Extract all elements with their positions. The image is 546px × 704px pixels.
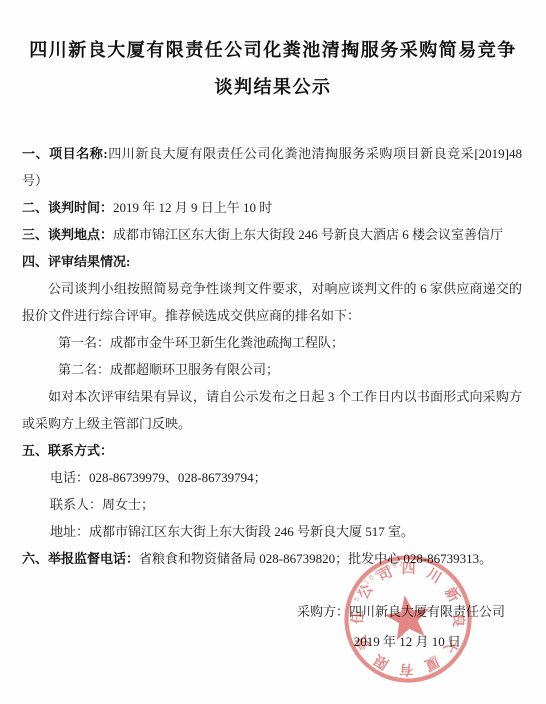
result-paragraph-2: 如对本次评审结果有异议，请自公示发布之日起 3 个工作日内以书面形式向采购方或采… xyxy=(22,383,522,437)
section-time-text: 2019 年 12 月 9 日上午 10 时 xyxy=(113,200,272,215)
contact-person: 联系人：周女士； xyxy=(22,491,522,518)
title-line-1: 四川新良大厦有限责任公司化粪池清掏服务采购简易竞争 xyxy=(0,32,546,69)
document-body: 一、项目名称:四川新良大厦有限责任公司化粪池清掏服务采购项目新良竞采[2019]… xyxy=(0,118,546,572)
result-rank-1: 第一名：成都市金牛环卫新生化粪池疏掏工程队； xyxy=(22,329,522,356)
section-contact-heading: 五、联系方式： xyxy=(22,437,522,464)
signoff-date: 2019 年 12 月 10 日 xyxy=(0,628,546,655)
title-line-2: 谈判结果公示 xyxy=(0,69,546,106)
result-rank-2: 第二名：成都超顺环卫服务有限公司； xyxy=(22,356,522,383)
section-negotiation-place: 三、谈判地点：成都市锦江区东大街上东大街段 246 号新良大酒店 6 楼会议室善… xyxy=(22,221,522,248)
section-report-text: 省粮食和物资储备局 028-86739820；批发中心 028-86739313… xyxy=(139,551,492,566)
section-report-label: 六、举报监督电话： xyxy=(22,551,139,566)
section-project-label: 一、项目名称: xyxy=(22,146,108,161)
contact-address: 地址：成都市锦江区东大街上东大街段 246 号新良大厦 517 室。 xyxy=(22,518,522,545)
section-project-name: 一、项目名称:四川新良大厦有限责任公司化粪池清掏服务采购项目新良竞采[2019]… xyxy=(22,140,522,194)
section-contact-label: 五、联系方式： xyxy=(22,443,113,458)
section-place-text: 成都市锦江区东大街上东大街段 246 号新良大酒店 6 楼会议室善信厅 xyxy=(113,227,503,242)
section-time-label: 二、谈判时间： xyxy=(22,200,113,215)
result-paragraph-1: 公司谈判小组按照简易竞争性谈判文件要求，对响应谈判文件的 6 家供应商递交的报价… xyxy=(22,275,522,329)
section-place-label: 三、谈判地点： xyxy=(22,227,113,242)
document-page: 四川新良大厦有限责任公司化粪池清掏服务采购简易竞争 谈判结果公示 一、项目名称:… xyxy=(0,0,546,704)
page-title: 四川新良大厦有限责任公司化粪池清掏服务采购简易竞争 谈判结果公示 xyxy=(0,12,546,106)
purchaser-line: 采购方：四川新良大厦有限责任公司 xyxy=(0,598,546,625)
signoff-block: 采购方：四川新良大厦有限责任公司 2019 年 12 月 10 日 xyxy=(0,598,546,655)
section-report-hotline: 六、举报监督电话：省粮食和物资储备局 028-86739820；批发中心 028… xyxy=(22,545,522,572)
contact-phone: 电话：028-86739979、028-86739794； xyxy=(22,464,522,491)
section-negotiation-time: 二、谈判时间：2019 年 12 月 9 日上午 10 时 xyxy=(22,194,522,221)
section-result-label: 四、评审结果情况: xyxy=(22,254,130,269)
section-result-heading: 四、评审结果情况: xyxy=(22,248,522,275)
